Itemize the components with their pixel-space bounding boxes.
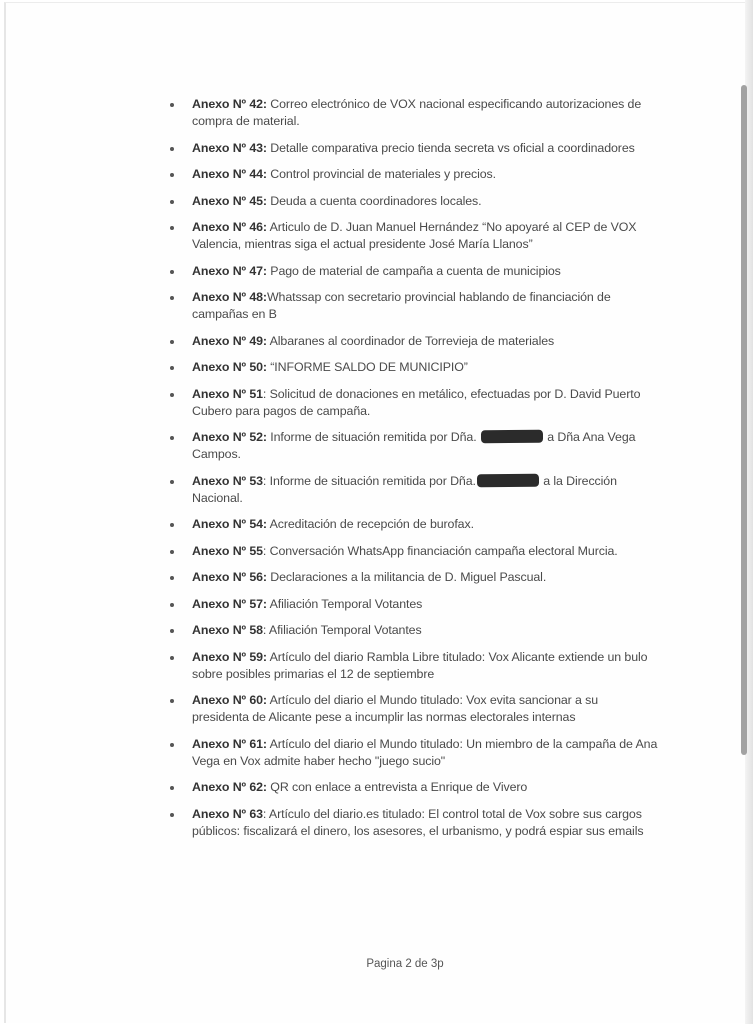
redaction-mark [477,473,539,487]
bullet-icon [170,480,174,484]
annex-label: Anexo Nº 53 [192,474,263,488]
annex-item: Anexo Nº 46: Articulo de D. Juan Manuel … [168,219,658,253]
bullet-icon [170,656,174,660]
annex-item: Anexo Nº 58: Afiliación Temporal Votante… [168,622,658,639]
bullet-icon [170,200,174,204]
annex-item: Anexo Nº 60: Artículo del diario el Mund… [168,692,658,726]
annex-description: Afiliación Temporal Votantes [267,597,422,611]
annex-label: Anexo Nº 63 [192,807,263,821]
annex-label: Anexo Nº 47: [192,264,267,278]
annex-label: Anexo Nº 43: [192,141,267,155]
annex-label: Anexo Nº 60: [192,693,267,707]
bullet-icon [170,743,174,747]
annex-label: Anexo Nº 62: [192,780,267,794]
bullet-icon [170,786,174,790]
bullet-icon [170,340,174,344]
annex-item: Anexo Nº 61: Artículo del diario el Mund… [168,736,658,770]
bullet-icon [170,550,174,554]
bullet-icon [170,270,174,274]
annex-item: Anexo Nº 62: QR con enlace a entrevista … [168,779,658,796]
scrollbar-thumb[interactable] [741,85,747,755]
annex-item: Anexo Nº 54: Acreditación de recepción d… [168,516,658,533]
bullet-icon [170,629,174,633]
annex-label: Anexo Nº 48: [192,290,267,304]
annex-description: Control provincial de materiales y preci… [267,167,496,181]
annex-label: Anexo Nº 61: [192,737,267,751]
annex-label: Anexo Nº 59: [192,650,267,664]
bullet-icon [170,699,174,703]
annex-item: Anexo Nº 49: Albaranes al coordinador de… [168,333,658,350]
annex-item: Anexo Nº 59: Artículo del diario Rambla … [168,649,658,683]
bullet-icon [170,436,174,440]
annex-label: Anexo Nº 57: [192,597,267,611]
annex-description: Deuda a cuenta coordinadores locales. [267,194,482,208]
annex-item: Anexo Nº 50: “INFORME SALDO DE MUNICIPIO… [168,359,658,376]
annex-label: Anexo Nº 44: [192,167,267,181]
bullet-icon [170,296,174,300]
annex-item: Anexo Nº 63: Artículo del diario.es titu… [168,806,658,840]
annex-label: Anexo Nº 54: [192,517,267,531]
annex-label: Anexo Nº 58 [192,623,263,637]
annex-item: Anexo Nº 55: Conversación WhatsApp finan… [168,543,658,560]
annex-description: : Afiliación Temporal Votantes [263,623,422,637]
annex-label: Anexo Nº 52: [192,430,267,444]
annex-description: Pago de material de campaña a cuenta de … [267,264,561,278]
bullet-icon [170,147,174,151]
annex-label: Anexo Nº 45: [192,194,267,208]
annex-item: Anexo Nº 51: Solicitud de donaciones en … [168,386,658,420]
annex-label: Anexo Nº 49: [192,334,267,348]
annex-description: Acreditación de recepción de burofax. [267,517,474,531]
annex-label: Anexo Nº 46: [192,220,267,234]
bullet-icon [170,813,174,817]
annex-description: Albaranes al coordinador de Torrevieja d… [267,334,554,348]
annex-label: Anexo Nº 56: [192,570,267,584]
annex-item: Anexo Nº 57: Afiliación Temporal Votante… [168,596,658,613]
annex-label: Anexo Nº 51 [192,387,263,401]
bullet-icon [170,576,174,580]
bullet-icon [170,103,174,107]
annex-item: Anexo Nº 47: Pago de material de campaña… [168,263,658,280]
annex-description: : Conversación WhatsApp financiación cam… [263,544,618,558]
bullet-icon [170,603,174,607]
annex-description: QR con enlace a entrevista a Enrique de … [267,780,527,794]
bullet-icon [170,523,174,527]
annex-description: Detalle comparativa precio tienda secret… [267,141,635,155]
annex-list: Anexo Nº 42: Correo electrónico de VOX n… [168,96,658,849]
annex-item: Anexo Nº 45: Deuda a cuenta coordinadore… [168,193,658,210]
annex-description: Declaraciones a la militancia de D. Migu… [267,570,546,584]
redaction-mark [481,430,543,444]
annex-description: “INFORME SALDO DE MUNICIPIO” [267,360,468,374]
annex-label: Anexo Nº 55 [192,544,263,558]
annex-item: Anexo Nº 43: Detalle comparativa precio … [168,140,658,157]
annex-description: Informe de situación remitida por Dña. [267,430,480,444]
bullet-icon [170,226,174,230]
annex-item: Anexo Nº 48:Whatssap con secretario prov… [168,289,658,323]
annex-label: Anexo Nº 50: [192,360,267,374]
annex-item: Anexo Nº 56: Declaraciones a la militanc… [168,569,658,586]
bullet-icon [170,366,174,370]
annex-item: Anexo Nº 44: Control provincial de mater… [168,166,658,183]
bullet-icon [170,173,174,177]
annex-item: Anexo Nº 53: Informe de situación remiti… [168,473,658,507]
annex-item: Anexo Nº 42: Correo electrónico de VOX n… [168,96,658,130]
bullet-icon [170,393,174,397]
annex-item: Anexo Nº 52: Informe de situación remiti… [168,429,658,463]
annex-description: : Informe de situación remitida por Dña. [263,474,476,488]
page-number-footer: Pagina 2 de 3p [0,958,753,970]
annex-label: Anexo Nº 42: [192,97,267,111]
